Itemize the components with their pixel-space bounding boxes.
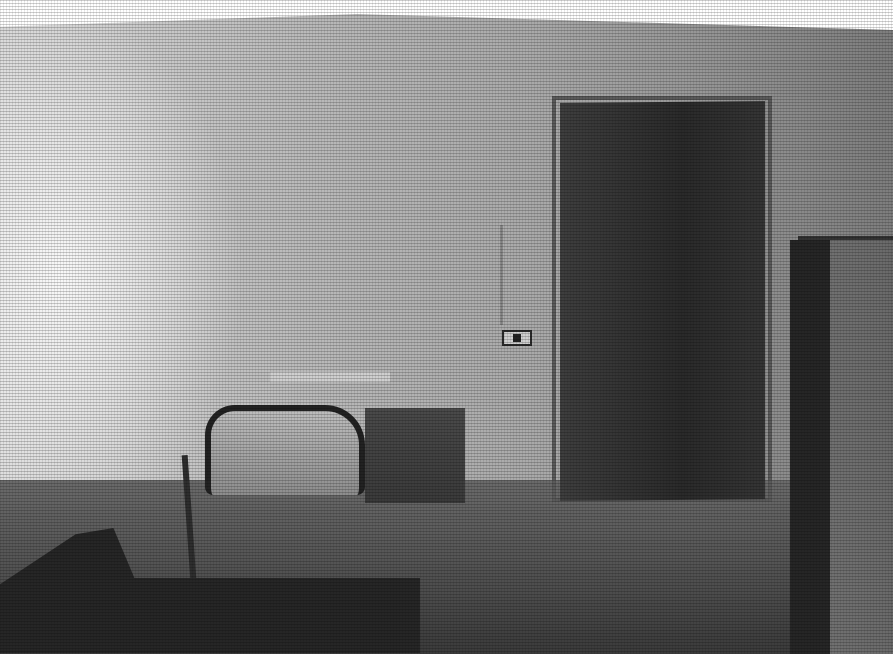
paper-margin (0, 654, 893, 670)
cabinet (790, 240, 893, 660)
door (560, 101, 765, 501)
sink (205, 405, 365, 495)
table-top (270, 372, 390, 382)
light-switch (502, 330, 532, 346)
room-photo (0, 0, 893, 670)
wall-cable (500, 225, 503, 325)
radiator (365, 408, 465, 503)
